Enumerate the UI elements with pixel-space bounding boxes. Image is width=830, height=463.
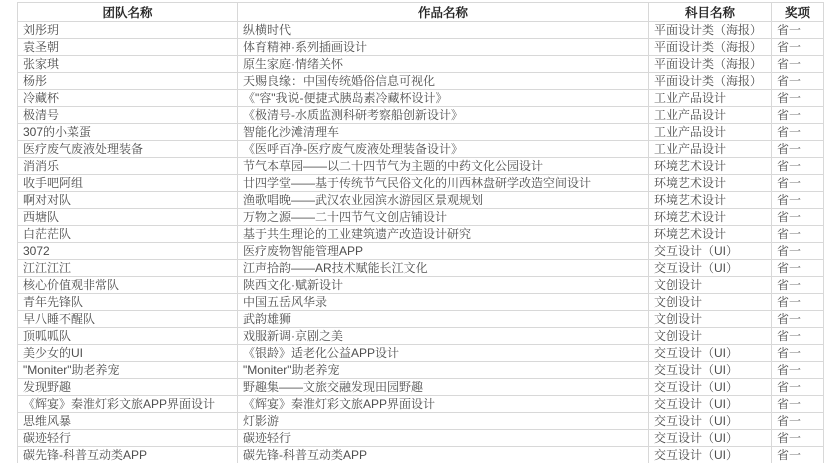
cell-award: 省一 [772, 124, 824, 141]
cell-team: 美少女的UI [18, 345, 238, 362]
cell-award: 省一 [772, 311, 824, 328]
table-row: 碳先锋-科普互动类APP碳先锋-科普互动类APP交互设计（UI）省一 [18, 447, 824, 463]
table-row: 极清号《极清号-水质监测科研考察船创新设计》工业产品设计省一 [18, 107, 824, 124]
cell-subject: 交互设计（UI） [649, 362, 772, 379]
cell-team: 袁圣朝 [18, 39, 238, 56]
cell-award: 省一 [772, 226, 824, 243]
cell-work: 廿四学堂——基于传统节气民俗文化的川西林盘研学改造空间设计 [238, 175, 649, 192]
table-row: 思维风暴灯影游交互设计（UI）省一 [18, 413, 824, 430]
cell-subject: 交互设计（UI） [649, 345, 772, 362]
cell-work: 原生家庭·情绪关怀 [238, 56, 649, 73]
table-row: 冷藏杯《"容"我说-便捷式胰岛素冷藏杯设计》工业产品设计省一 [18, 90, 824, 107]
cell-subject: 文创设计 [649, 277, 772, 294]
cell-subject: 环境艺术设计 [649, 192, 772, 209]
cell-award: 省一 [772, 22, 824, 39]
table-row: 江江江江江声拾韵——AR技术赋能长江文化交互设计（UI）省一 [18, 260, 824, 277]
cell-award: 省一 [772, 396, 824, 413]
header-row: 团队名称 作品名称 科目名称 奖项 [18, 3, 824, 22]
cell-subject: 工业产品设计 [649, 141, 772, 158]
table-row: 刘彤玥纵横时代平面设计类（海报）省一 [18, 22, 824, 39]
cell-work: 《辉宴》秦淮灯彩文旅APP界面设计 [238, 396, 649, 413]
cell-work: 江声拾韵——AR技术赋能长江文化 [238, 260, 649, 277]
cell-subject: 平面设计类（海报） [649, 73, 772, 90]
cell-work: "Moniter"助老养宠 [238, 362, 649, 379]
header-subject-name: 科目名称 [649, 3, 772, 22]
cell-subject: 文创设计 [649, 311, 772, 328]
cell-award: 省一 [772, 107, 824, 124]
cell-team: 消消乐 [18, 158, 238, 175]
table-row: 收手吧阿组廿四学堂——基于传统节气民俗文化的川西林盘研学改造空间设计环境艺术设计… [18, 175, 824, 192]
awards-table-header: 团队名称 作品名称 科目名称 奖项 [18, 3, 824, 22]
cell-work: 陕西文化·赋新设计 [238, 277, 649, 294]
table-row: 核心价值观非常队陕西文化·赋新设计文创设计省一 [18, 277, 824, 294]
cell-work: 基于共生理论的工业建筑遗产改造设计研究 [238, 226, 649, 243]
cell-subject: 交互设计（UI） [649, 379, 772, 396]
cell-team: 青年先锋队 [18, 294, 238, 311]
cell-work: 碳先锋-科普互动类APP [238, 447, 649, 463]
table-row: 3072医疗废物智能管理APP交互设计（UI）省一 [18, 243, 824, 260]
table-row: 307的小菜蛋智能化沙滩清理车工业产品设计省一 [18, 124, 824, 141]
cell-subject: 环境艺术设计 [649, 226, 772, 243]
table-row: 《辉宴》秦淮灯彩文旅APP界面设计《辉宴》秦淮灯彩文旅APP界面设计交互设计（U… [18, 396, 824, 413]
cell-work: 《银龄》适老化公益APP设计 [238, 345, 649, 362]
cell-subject: 交互设计（UI） [649, 413, 772, 430]
cell-subject: 平面设计类（海报） [649, 22, 772, 39]
cell-work: 中国五岳风华录 [238, 294, 649, 311]
cell-work: 戏服新调·京剧之美 [238, 328, 649, 345]
cell-team: 刘彤玥 [18, 22, 238, 39]
cell-award: 省一 [772, 158, 824, 175]
cell-award: 省一 [772, 209, 824, 226]
table-row: 杨彤天赐良缘：中国传统婚俗信息可视化平面设计类（海报）省一 [18, 73, 824, 90]
cell-work: 碳迹轻行 [238, 430, 649, 447]
cell-subject: 环境艺术设计 [649, 209, 772, 226]
cell-work: 《"容"我说-便捷式胰岛素冷藏杯设计》 [238, 90, 649, 107]
cell-subject: 平面设计类（海报） [649, 56, 772, 73]
cell-award: 省一 [772, 447, 824, 463]
cell-team: 《辉宴》秦淮灯彩文旅APP界面设计 [18, 396, 238, 413]
cell-award: 省一 [772, 345, 824, 362]
cell-work: 智能化沙滩清理车 [238, 124, 649, 141]
cell-subject: 交互设计（UI） [649, 260, 772, 277]
table-row: 消消乐节气本草园——以二十四节气为主题的中药文化公园设计环境艺术设计省一 [18, 158, 824, 175]
cell-team: 白茫茫队 [18, 226, 238, 243]
table-row: 啊对对队渔歌唱晚——武汉农业园滨水游园区景观规划环境艺术设计省一 [18, 192, 824, 209]
cell-award: 省一 [772, 362, 824, 379]
cell-award: 省一 [772, 56, 824, 73]
cell-work: 《极清号-水质监测科研考察船创新设计》 [238, 107, 649, 124]
cell-work: 武韵雄狮 [238, 311, 649, 328]
cell-work: 纵横时代 [238, 22, 649, 39]
cell-award: 省一 [772, 277, 824, 294]
header-work-name: 作品名称 [238, 3, 649, 22]
cell-award: 省一 [772, 39, 824, 56]
header-award: 奖项 [772, 3, 824, 22]
cell-subject: 文创设计 [649, 294, 772, 311]
cell-subject: 交互设计（UI） [649, 430, 772, 447]
cell-team: 碳先锋-科普互动类APP [18, 447, 238, 463]
header-team-name: 团队名称 [18, 3, 238, 22]
cell-award: 省一 [772, 430, 824, 447]
cell-award: 省一 [772, 141, 824, 158]
cell-team: 西塘队 [18, 209, 238, 226]
cell-team: 思维风暴 [18, 413, 238, 430]
cell-subject: 交互设计（UI） [649, 243, 772, 260]
cell-team: 冷藏杯 [18, 90, 238, 107]
cell-award: 省一 [772, 379, 824, 396]
cell-team: 3072 [18, 243, 238, 260]
cell-award: 省一 [772, 192, 824, 209]
cell-subject: 交互设计（UI） [649, 447, 772, 463]
cell-team: 核心价值观非常队 [18, 277, 238, 294]
cell-subject: 环境艺术设计 [649, 175, 772, 192]
cell-team: 发现野趣 [18, 379, 238, 396]
awards-table: 团队名称 作品名称 科目名称 奖项 刘彤玥纵横时代平面设计类（海报）省一袁圣朝体… [17, 2, 824, 463]
table-row: 碳迹轻行碳迹轻行交互设计（UI）省一 [18, 430, 824, 447]
cell-work: 灯影游 [238, 413, 649, 430]
cell-award: 省一 [772, 243, 824, 260]
cell-subject: 平面设计类（海报） [649, 39, 772, 56]
cell-award: 省一 [772, 260, 824, 277]
cell-work: 野趣集——文旅交融发现田园野趣 [238, 379, 649, 396]
cell-subject: 工业产品设计 [649, 107, 772, 124]
cell-work: 渔歌唱晚——武汉农业园滨水游园区景观规划 [238, 192, 649, 209]
cell-team: 307的小菜蛋 [18, 124, 238, 141]
cell-team: 收手吧阿组 [18, 175, 238, 192]
cell-award: 省一 [772, 328, 824, 345]
cell-work: 天赐良缘：中国传统婚俗信息可视化 [238, 73, 649, 90]
cell-team: 张家琪 [18, 56, 238, 73]
cell-team: 啊对对队 [18, 192, 238, 209]
cell-award: 省一 [772, 413, 824, 430]
cell-team: 极清号 [18, 107, 238, 124]
cell-subject: 交互设计（UI） [649, 396, 772, 413]
cell-team: 碳迹轻行 [18, 430, 238, 447]
cell-subject: 文创设计 [649, 328, 772, 345]
cell-award: 省一 [772, 73, 824, 90]
cell-team: 顶呱呱队 [18, 328, 238, 345]
cell-subject: 工业产品设计 [649, 124, 772, 141]
cell-work: 万物之源——二十四节气文创店铺设计 [238, 209, 649, 226]
cell-subject: 环境艺术设计 [649, 158, 772, 175]
cell-work: 《医呼百净-医疗废气废液处理装备设计》 [238, 141, 649, 158]
awards-table-body: 刘彤玥纵横时代平面设计类（海报）省一袁圣朝体育精神·系列插画设计平面设计类（海报… [18, 22, 824, 463]
table-row: 早八睡不醒队武韵雄狮文创设计省一 [18, 311, 824, 328]
table-row: 白茫茫队基于共生理论的工业建筑遗产改造设计研究环境艺术设计省一 [18, 226, 824, 243]
cell-team: 医疗废气废液处理装备 [18, 141, 238, 158]
table-row: 医疗废气废液处理装备《医呼百净-医疗废气废液处理装备设计》工业产品设计省一 [18, 141, 824, 158]
table-row: 美少女的UI《银龄》适老化公益APP设计交互设计（UI）省一 [18, 345, 824, 362]
cell-award: 省一 [772, 90, 824, 107]
table-row: 西塘队万物之源——二十四节气文创店铺设计环境艺术设计省一 [18, 209, 824, 226]
cell-work: 体育精神·系列插画设计 [238, 39, 649, 56]
cell-team: 早八睡不醒队 [18, 311, 238, 328]
cell-work: 医疗废物智能管理APP [238, 243, 649, 260]
cell-team: 江江江江 [18, 260, 238, 277]
table-row: 袁圣朝体育精神·系列插画设计平面设计类（海报）省一 [18, 39, 824, 56]
cell-team: 杨彤 [18, 73, 238, 90]
table-row: "Moniter"助老养宠"Moniter"助老养宠交互设计（UI）省一 [18, 362, 824, 379]
table-row: 青年先锋队中国五岳风华录文创设计省一 [18, 294, 824, 311]
table-row: 张家琪原生家庭·情绪关怀平面设计类（海报）省一 [18, 56, 824, 73]
cell-team: "Moniter"助老养宠 [18, 362, 238, 379]
cell-award: 省一 [772, 175, 824, 192]
cell-work: 节气本草园——以二十四节气为主题的中药文化公园设计 [238, 158, 649, 175]
table-row: 顶呱呱队戏服新调·京剧之美文创设计省一 [18, 328, 824, 345]
cell-award: 省一 [772, 294, 824, 311]
table-row: 发现野趣野趣集——文旅交融发现田园野趣交互设计（UI）省一 [18, 379, 824, 396]
cell-subject: 工业产品设计 [649, 90, 772, 107]
